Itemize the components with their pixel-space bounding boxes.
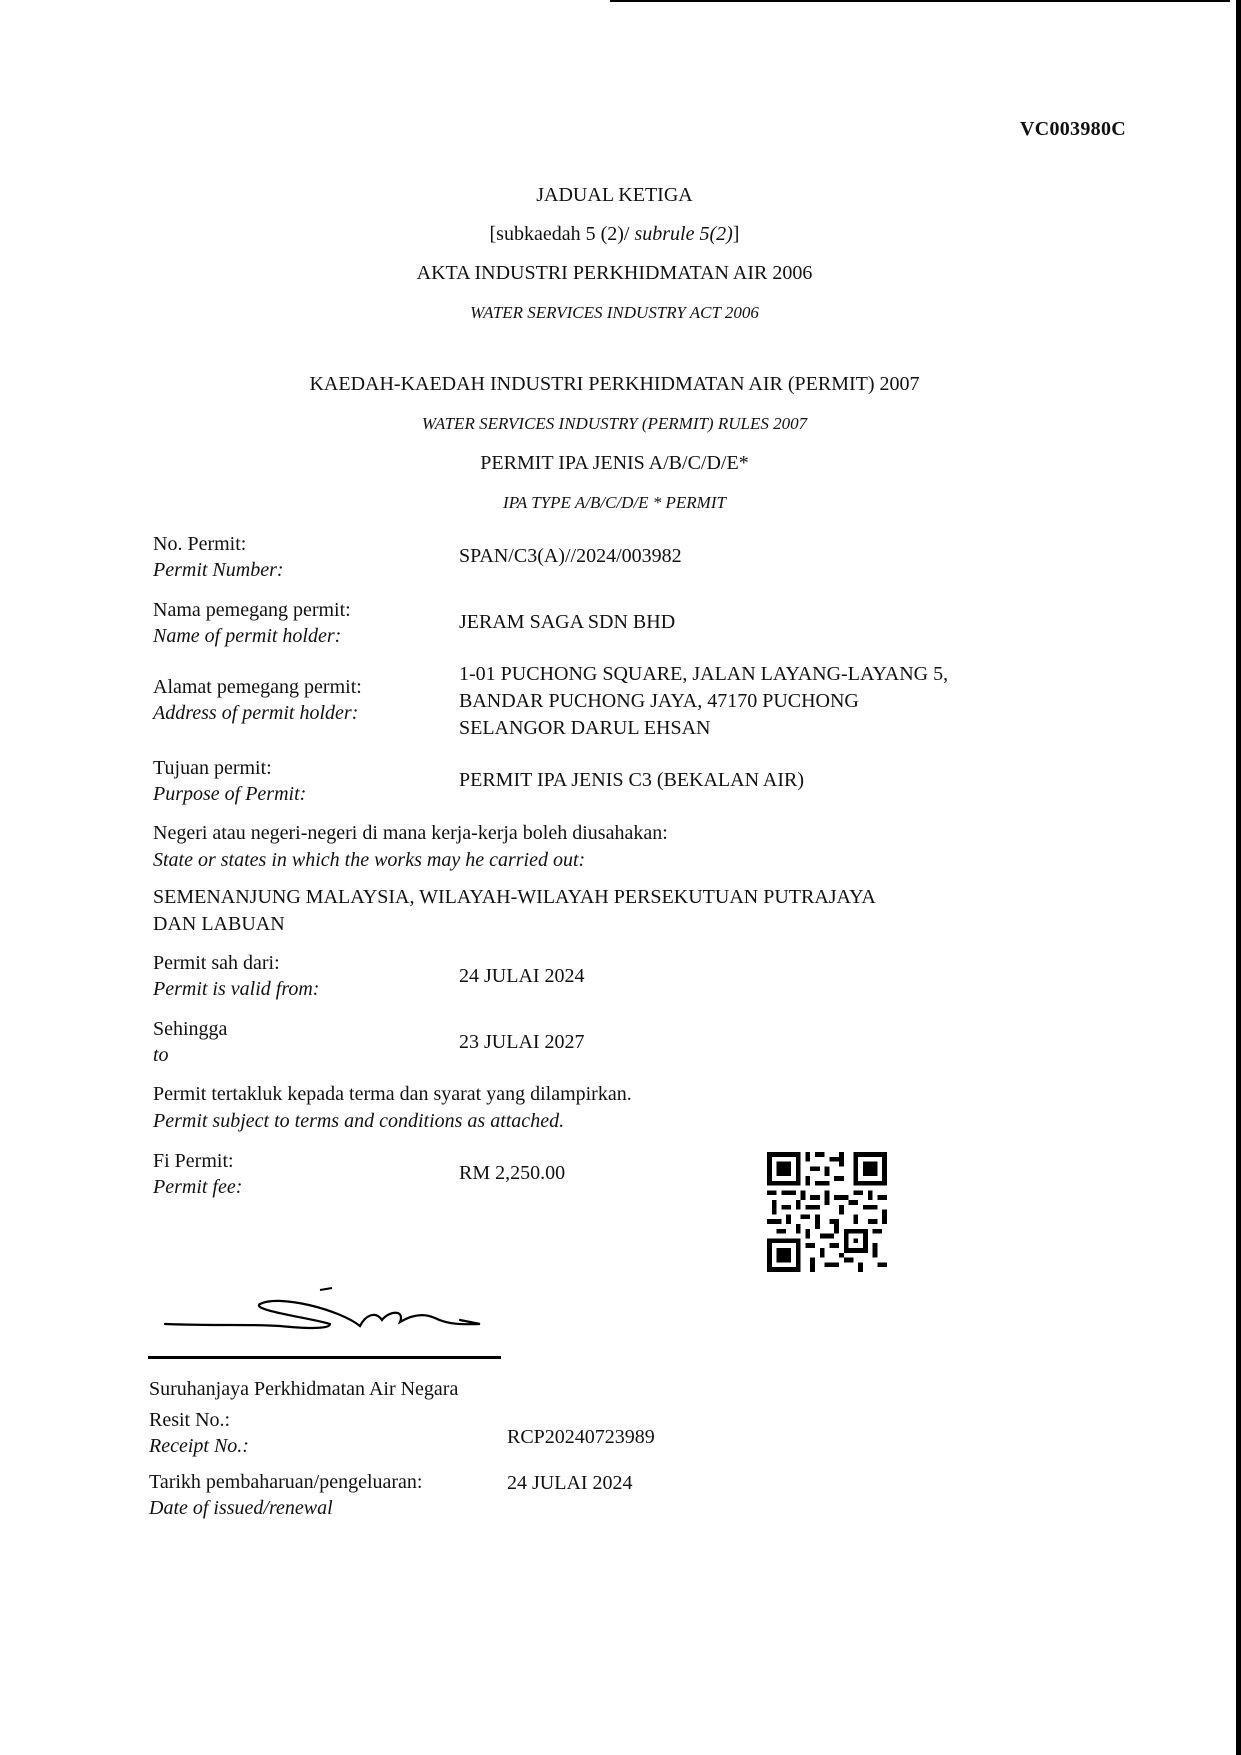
- valid-from-label: Permit sah dari: Permit is valid from:: [153, 950, 319, 1002]
- valid-to-value: 23 JULAI 2027: [459, 1029, 585, 1056]
- schedule-title: JADUAL KETIGA: [0, 184, 1229, 207]
- holder-name-label: Nama pemegang permit: Name of permit hol…: [153, 597, 351, 649]
- valid-to-label: Sehingga to: [153, 1016, 227, 1068]
- terms-statement: Permit tertakluk kepada terma dan syarat…: [153, 1081, 632, 1135]
- address-line: SELANGOR DARUL EHSAN: [459, 715, 948, 742]
- address-line: BANDAR PUCHONG JAYA, 47170 PUCHONG: [459, 688, 948, 715]
- fee-label: Fi Permit: Permit fee:: [153, 1148, 242, 1200]
- receipt-value: RCP20240723989: [507, 1426, 655, 1449]
- subrule-reference: [subkaedah 5 (2)/ subrule 5(2)]: [0, 223, 1229, 246]
- subrule-en: subrule 5(2): [634, 223, 732, 245]
- receipt-label: Resit No.: Receipt No.:: [149, 1407, 249, 1459]
- issue-date-label: Tarikh pembaharuan/pengeluaran: Date of …: [149, 1469, 422, 1521]
- purpose-label: Tujuan permit: Purpose of Permit:: [153, 755, 306, 807]
- holder-address-value: 1-01 PUCHONG SQUARE, JALAN LAYANG-LAYANG…: [459, 661, 948, 742]
- subrule-close: ]: [733, 223, 740, 245]
- permit-type-ms: PERMIT IPA JENIS A/B/C/D/E*: [0, 452, 1229, 475]
- signature-line: [148, 1356, 501, 1359]
- scan-edge-top: [610, 0, 1230, 2]
- valid-from-value: 24 JULAI 2024: [459, 963, 585, 990]
- reference-code: VC003980C: [1020, 118, 1126, 141]
- fee-value: RM 2,250.00: [459, 1160, 565, 1187]
- permit-number-value: SPAN/C3(A)//2024/003982: [459, 543, 682, 570]
- states-line: DAN LABUAN: [153, 911, 876, 938]
- permit-number-label: No. Permit: Permit Number:: [153, 531, 284, 583]
- states-line: SEMENANJUNG MALAYSIA, WILAYAH-WILAYAH PE…: [153, 884, 876, 911]
- issuer-name: Suruhanjaya Perkhidmatan Air Negara: [149, 1376, 458, 1402]
- act-title-ms: AKTA INDUSTRI PERKHIDMATAN AIR 2006: [0, 262, 1229, 285]
- permit-type-en: IPA TYPE A/B/C/D/E * PERMIT: [0, 493, 1229, 513]
- act-title-en: WATER SERVICES INDUSTRY ACT 2006: [0, 303, 1229, 323]
- states-label: Negeri atau negeri-negeri di mana kerja-…: [153, 820, 668, 874]
- scan-edge-right: [1236, 0, 1241, 1755]
- rules-title-en: WATER SERVICES INDUSTRY (PERMIT) RULES 2…: [0, 414, 1229, 434]
- qr-code-icon: [766, 1152, 888, 1272]
- address-line: 1-01 PUCHONG SQUARE, JALAN LAYANG-LAYANG…: [459, 661, 948, 688]
- issue-date-value: 24 JULAI 2024: [507, 1472, 633, 1495]
- subrule-ms: [subkaedah 5 (2)/: [490, 223, 635, 245]
- states-value: SEMENANJUNG MALAYSIA, WILAYAH-WILAYAH PE…: [153, 884, 876, 938]
- rules-title-ms: KAEDAH-KAEDAH INDUSTRI PERKHIDMATAN AIR …: [0, 373, 1229, 396]
- signature-icon: [160, 1280, 500, 1340]
- holder-name-value: JERAM SAGA SDN BHD: [459, 609, 675, 636]
- purpose-value: PERMIT IPA JENIS C3 (BEKALAN AIR): [459, 767, 804, 794]
- holder-address-label: Alamat pemegang permit: Address of permi…: [153, 674, 362, 726]
